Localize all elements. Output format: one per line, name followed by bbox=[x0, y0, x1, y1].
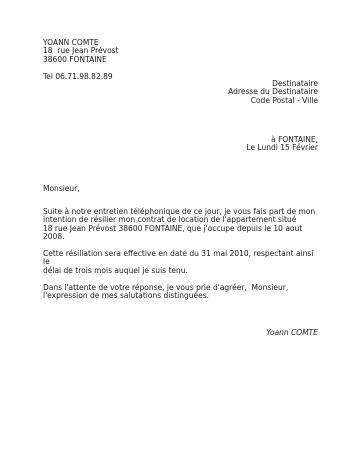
sender-address-block: YOANN COMTE 18 rue Jean Prévost 38600 FO… bbox=[43, 39, 119, 81]
sender-phone: Tel 06.71.98.82.89 bbox=[43, 73, 119, 81]
letter-date: Le Lundi 15 Février bbox=[246, 144, 318, 152]
body-paragraph-3: Dans l'attente de votre réponse, je vous… bbox=[43, 284, 320, 301]
recipient-address-block: Destinataire Adresse du Destinataire Cod… bbox=[228, 80, 318, 105]
sender-city: 38600 FONTAINE bbox=[43, 56, 119, 64]
salutation: Monsieur, bbox=[43, 185, 80, 193]
recipient-postal-city: Code Postal - Ville bbox=[228, 97, 318, 105]
place-date-block: à FONTAINE, Le Lundi 15 Février bbox=[246, 136, 318, 153]
body-paragraph-2: Cette résiliation sera effective en date… bbox=[43, 250, 320, 275]
letter-body: Suite à notre entretien téléphonique de … bbox=[43, 208, 320, 309]
letter-page: YOANN COMTE 18 rue Jean Prévost 38600 FO… bbox=[0, 0, 360, 466]
signature: Yoann COMTE bbox=[266, 329, 318, 337]
body-paragraph-1: Suite à notre entretien téléphonique de … bbox=[43, 208, 320, 242]
